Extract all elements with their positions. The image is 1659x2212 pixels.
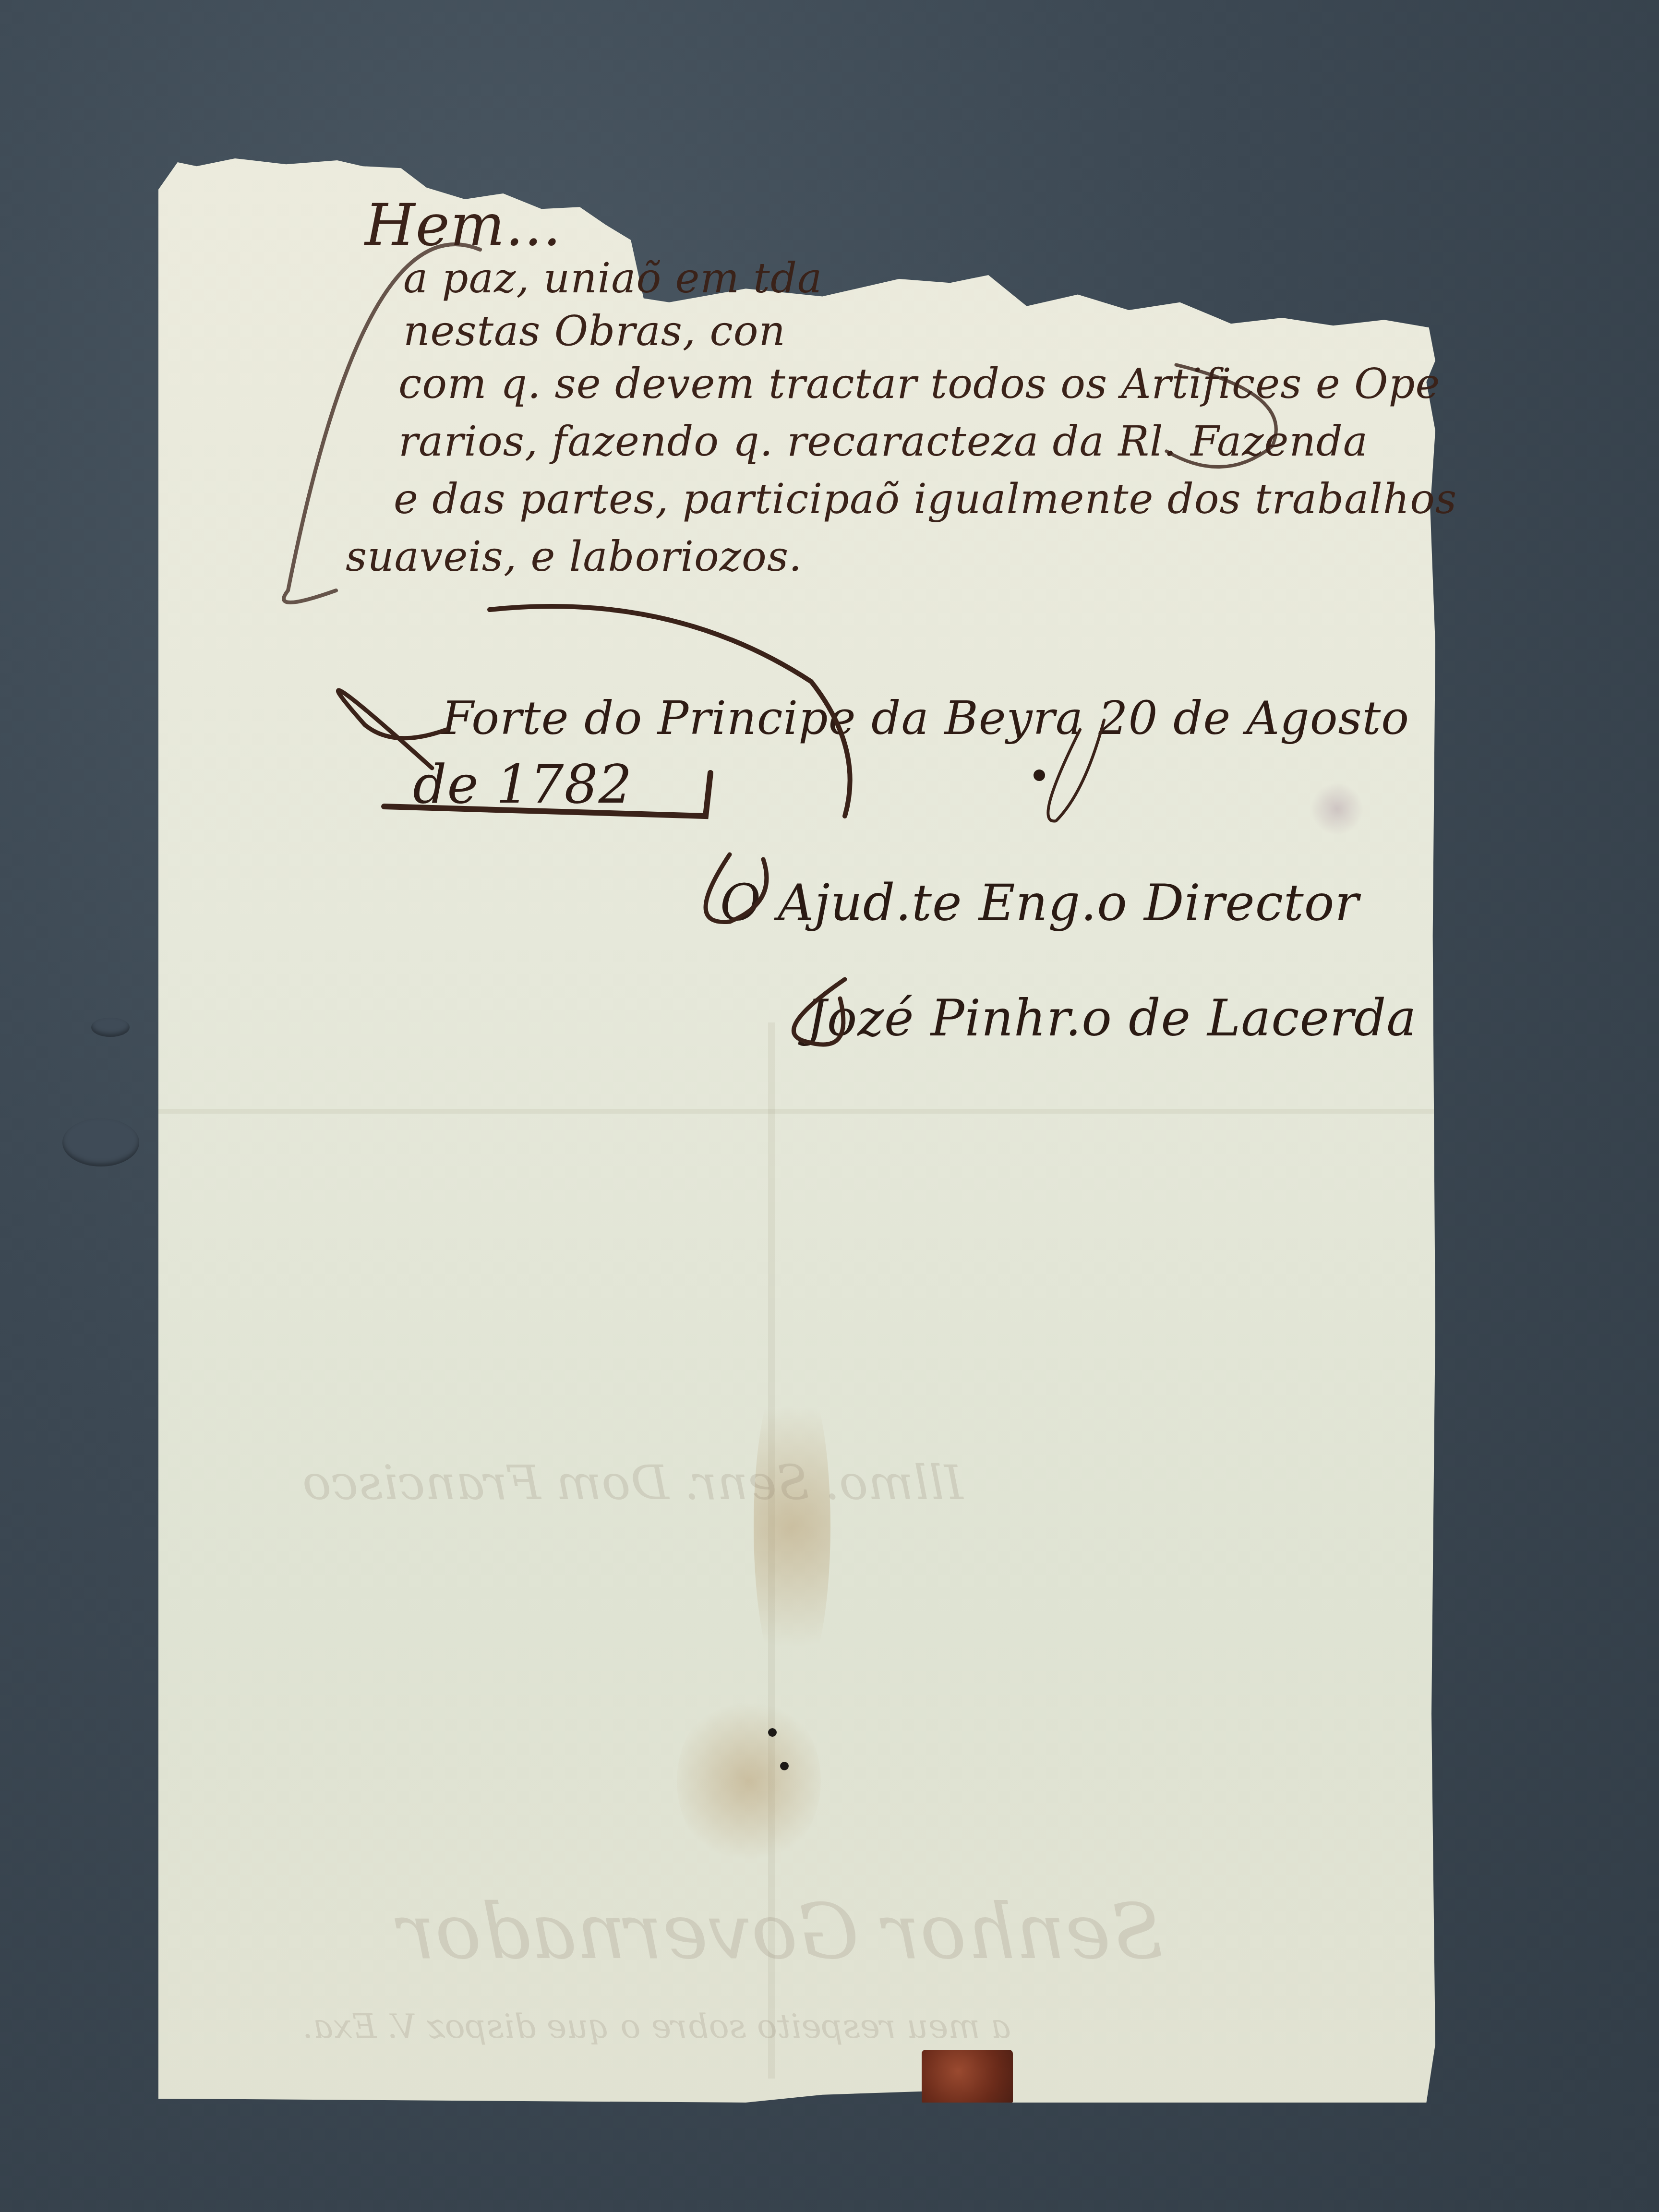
body-line-7: suaveis, e laboriozos. — [346, 533, 802, 581]
body-line-3: nestas Obras, con — [403, 307, 786, 355]
pin-hole — [780, 1762, 789, 1770]
body-line-6: e das partes, participaõ igualmente dos … — [394, 475, 1457, 523]
body-line-5: rarios, fazendo q. recaracteza da Rl. Fa… — [398, 418, 1368, 466]
stain — [677, 1695, 821, 1867]
pin-hole — [768, 1728, 777, 1737]
bleed-through-text: a meu respeito sobre o que dispoz V. Exa… — [302, 2007, 1011, 2046]
stain — [1310, 782, 1363, 835]
backing-bump — [91, 1018, 130, 1037]
bleed-through-text: Senhor Governador — [398, 1887, 1163, 1976]
body-line-2: a paz, uniaõ em tda — [403, 254, 822, 302]
body-line-1: Hem... — [365, 192, 562, 259]
signature-title: O Ajud.te Eng.o Director — [720, 874, 1359, 932]
horizontal-fold — [158, 1109, 1435, 1114]
bleed-through-text: Illmo. Senr. Dom Francisco — [302, 1455, 963, 1511]
signature-name: Jozé Pinhr.o de Lacerda — [806, 989, 1417, 1047]
body-line-4: com q. se devem tractar todos os Artific… — [398, 360, 1440, 408]
year-line: de 1782 — [413, 754, 632, 815]
wax-seal-remnant — [922, 2050, 1013, 2103]
stain — [754, 1358, 830, 1695]
backing-bump — [62, 1118, 139, 1166]
place-date-line: Forte do Principe da Beyra 20 de Agosto — [442, 691, 1409, 745]
